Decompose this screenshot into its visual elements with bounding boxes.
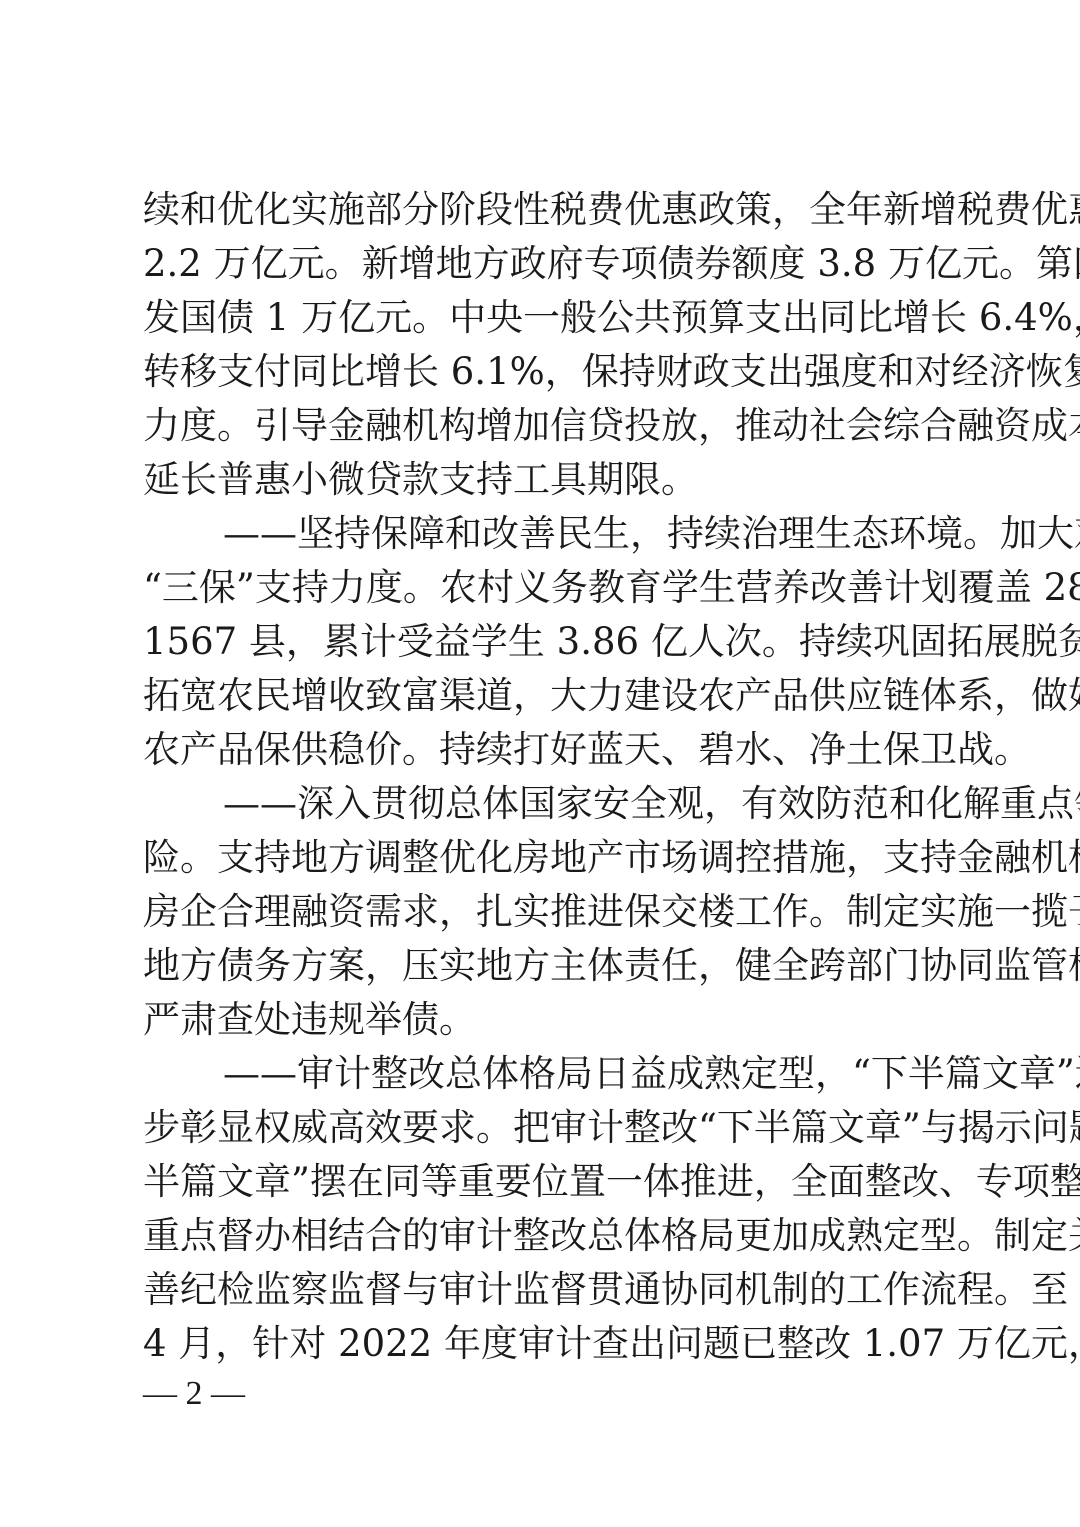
text-line: 农产品保供稳价。持续打好蓝天、碧水、净土保卫战。 [143,723,939,777]
text-line: 发国债 1 万亿元。中央一般公共预算支出同比增长 6.4%，对地方 [143,291,939,345]
text-line: 2.2 万亿元。新增地方政府专项债券额度 3.8 万亿元。第四季度增 [143,237,939,291]
text-line: 4 月，针对 2022 年度审计查出问题已整改 1.07 万亿元，制定完善 [143,1317,939,1371]
text-line: 续和优化实施部分阶段性税费优惠政策，全年新增税费优惠超过 [143,183,939,237]
text-line: 险。支持地方调整优化房地产市场调控措施，支持金融机构满足 [143,831,939,885]
section-heading-line: ——坚持保障和改善民生，持续治理生态环境。加大对地方 [143,507,939,561]
section-heading-line: ——深入贯彻总体国家安全观，有效防范和化解重点领域风 [143,777,939,831]
text-line: 延长普惠小微贷款支持工具期限。 [143,453,939,507]
text-line: 力度。引导金融机构增加信贷投放，推动社会综合融资成本下降， [143,399,939,453]
text-line: 房企合理融资需求，扎实推进保交楼工作。制定实施一揽子化解 [143,885,939,939]
text-line: 转移支付同比增长 6.1%，保持财政支出强度和对经济恢复的支持 [143,345,939,399]
text-line: 严肃查处违规举债。 [143,993,939,1047]
text-line: 步彰显权威高效要求。把审计整改“下半篇文章”与揭示问题“上 [143,1101,939,1155]
text-line: 1567 县，累计受益学生 3.86 亿人次。持续巩固拓展脱贫攻坚成果， [143,615,939,669]
text-line: 半篇文章”摆在同等重要位置一体推进，全面整改、专项整改、 [143,1155,939,1209]
text-line: 拓宽农民增收致富渠道，大力建设农产品供应链体系，做好重要 [143,669,939,723]
text-line: 重点督办相结合的审计整改总体格局更加成熟定型。制定关于完 [143,1209,939,1263]
text-line: 地方债务方案，压实地方主体责任，健全跨部门协同监管机制， [143,939,939,993]
section-heading-line: ——审计整改总体格局日益成熟定型，“下半篇文章”进一 [143,1047,939,1101]
page-number: — 2 — [143,1367,245,1421]
text-line: “三保”支持力度。农村义务教育学生营养改善计划覆盖 28 省 [143,561,939,615]
text-line: 善纪检监察监督与审计监督贯通协同机制的工作流程。至 2024 年 [143,1263,939,1317]
document-page: 续和优化实施部分阶段性税费优惠政策，全年新增税费优惠超过 2.2 万亿元。新增地… [0,0,1080,1527]
